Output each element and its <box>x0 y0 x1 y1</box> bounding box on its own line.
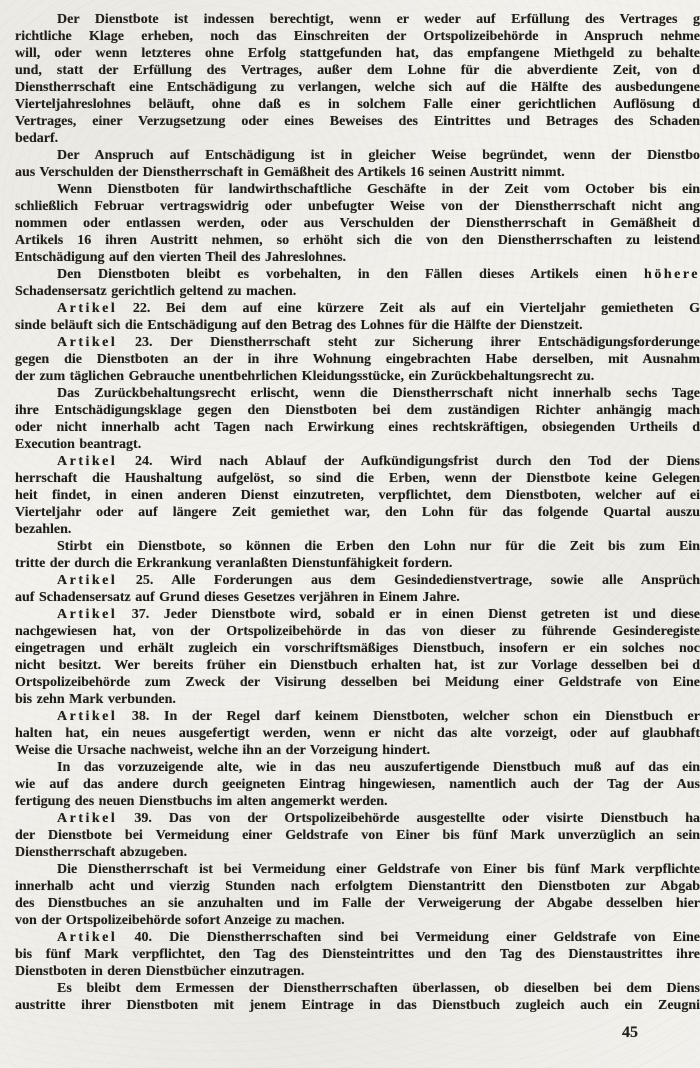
text-segment: auf Schadensersatz auf Grund dieses Gese… <box>15 590 460 605</box>
text-segment: tritte der durch die Erkrankung veranlaß… <box>15 556 452 571</box>
text-line: Den Dienstboten bleibt es vorbehalten, i… <box>15 266 700 283</box>
text-line: Vierteljahreslohnes beläuft, ohne daß es… <box>15 96 700 113</box>
text-segment: Ortspolizeibehörde zum Zweck der Visirun… <box>15 675 700 690</box>
text-line: Execution beantragt. <box>15 436 700 453</box>
text-segment: wie auf das andere durch geeigneten Eint… <box>15 777 700 792</box>
text-line: schließlich Februar vertragswidrig oder … <box>15 198 700 215</box>
text-segment: Artikels 16 ihren Austritt nehmen, so er… <box>15 233 700 248</box>
text-segment: 37. Jeder Dienstbote wird, sobald er in … <box>117 607 700 622</box>
text-segment: herrschaft die Haushaltung aufgelöst, so… <box>15 471 700 486</box>
text-segment: bis zehn Mark verbunden. <box>15 692 176 707</box>
text-segment: 23. Der Dienstherrschaft steht zur Siche… <box>117 335 700 350</box>
text-line: und, statt der Erfüllung des Vertrages, … <box>15 62 700 79</box>
text-line: In das vorzuzeigende alte, wie in das ne… <box>15 759 700 776</box>
text-segment: In das vorzuzeigende alte, wie in das ne… <box>57 760 700 775</box>
text-segment: gegen die Dienstboten an der in ihre Woh… <box>15 352 700 367</box>
letterspaced-text: Artikel <box>57 454 117 469</box>
letterspaced-text: Artikel <box>57 573 117 588</box>
text-segment: Execution beantragt. <box>15 437 141 452</box>
text-segment: Schadensersatz gerichtlich geltend zu ma… <box>15 284 296 299</box>
text-segment: Dienstherrschaft abzugeben. <box>15 845 187 860</box>
text-segment: Der Anspruch auf Entschädigung ist in gl… <box>57 148 700 163</box>
text-line: ihre Entschädigungsklage gegen den Diens… <box>15 402 700 419</box>
text-segment: Es bleibt dem Ermessen der Dienstherrsch… <box>57 981 700 996</box>
text-line: Dienstherrschaft abzugeben. <box>15 844 700 861</box>
text-line: des Dienstbuches an sie anzuhalten und i… <box>15 895 700 912</box>
text-line: Die Dienstherrschaft ist bei Vermeidung … <box>15 861 700 878</box>
text-line: halten hat, ein neues ausgefertigt werde… <box>15 725 700 742</box>
text-line: innerhalb acht und vierzig Stunden nach … <box>15 878 700 895</box>
letterspaced-text: Artikel <box>57 301 117 316</box>
text-line: der Dienstbote bei Vermeidung einer Geld… <box>15 827 700 844</box>
text-segment: 22. Bei dem auf eine kürzere Zeit als au… <box>117 301 700 316</box>
text-segment: will, oder wenn letzteres ohne Erfolg st… <box>15 46 700 61</box>
text-line: Vierteljahr oder auf längere Zeit gemiet… <box>15 504 700 521</box>
text-line: nommen oder entlassen werden, oder aus V… <box>15 215 700 232</box>
text-segment: richtliche Klage erheben, noch das Einsc… <box>15 29 700 44</box>
text-line: nicht besitzt. Wer bereits früher ein Di… <box>15 657 700 674</box>
text-line: Artikel 22. Bei dem auf eine kürzere Zei… <box>15 300 700 317</box>
text-line: Artikels 16 ihren Austritt nehmen, so er… <box>15 232 700 249</box>
text-segment: der zum täglichen Gebrauche unentbehrlic… <box>15 369 594 384</box>
letterspaced-text: Artikel <box>57 811 117 826</box>
text-line: Artikel 40. Die Dienstherrschaften sind … <box>15 929 700 946</box>
text-segment: nachgewiesen hat, von der Ortspolizeibeh… <box>15 624 700 639</box>
text-segment: Vierteljahr oder auf längere Zeit gemiet… <box>15 505 700 520</box>
text-line: Es bleibt dem Ermessen der Dienstherrsch… <box>15 980 700 997</box>
text-segment: 24. Wird nach Ablauf der Aufkündigungsfr… <box>117 454 700 469</box>
text-segment: schließlich Februar vertragswidrig oder … <box>15 199 700 214</box>
text-line: wie auf das andere durch geeigneten Eint… <box>15 776 700 793</box>
text-segment: Vierteljahreslohnes beläuft, ohne daß es… <box>15 97 700 112</box>
text-segment: Vertrages, einer Verzugsetzung oder eine… <box>15 114 700 129</box>
text-segment: ihre Entschädigungsklage gegen den Diens… <box>15 403 700 418</box>
text-line: Artikel 25. Alle Forderungen aus dem Ges… <box>15 572 700 589</box>
text-line: Vertrages, einer Verzugsetzung oder eine… <box>15 113 700 130</box>
text-segment: fertigung des neuen Dienstbuchs im alten… <box>15 794 388 809</box>
text-block: Der Dienstbote ist indessen berechtigt, … <box>15 11 700 1014</box>
letterspaced-text: höhere <box>644 267 700 282</box>
page-number: 45 <box>622 1024 638 1042</box>
text-segment: bezahlen. <box>15 522 71 537</box>
text-line: Schadensersatz gerichtlich geltend zu ma… <box>15 283 700 300</box>
text-segment: 38. In der Regel darf keinem Dienstboten… <box>117 709 700 724</box>
letterspaced-text: Artikel <box>57 335 117 350</box>
text-segment: 39. Das von der Ortspolizeibehörde ausge… <box>117 811 700 826</box>
text-line: Das Zurückbehaltungsrecht erlischt, wenn… <box>15 385 700 402</box>
text-segment: innerhalb acht und vierzig Stunden nach … <box>15 879 700 894</box>
text-line: Artikel 37. Jeder Dienstbote wird, sobal… <box>15 606 700 623</box>
text-segment: aus Verschulden der Dienstherrschaft in … <box>15 165 565 180</box>
text-segment: sinde beläuft sich die Entschädigung auf… <box>15 318 583 333</box>
text-segment: und, statt der Erfüllung des Vertrages, … <box>15 63 700 78</box>
text-line: Wenn Dienstboten für landwirthschaftlich… <box>15 181 700 198</box>
text-line: will, oder wenn letzteres ohne Erfolg st… <box>15 45 700 62</box>
text-line: Weise die Ursache nachweist, welche ihn … <box>15 742 700 759</box>
text-line: bezahlen. <box>15 521 700 538</box>
text-segment: des Dienstbuches an sie anzuhalten und i… <box>15 896 700 911</box>
text-segment: Den Dienstboten bleibt es vorbehalten, i… <box>57 267 644 282</box>
text-line: von der Ortspolizeibehörde sofort Anzeig… <box>15 912 700 929</box>
text-line: Artikel 38. In der Regel darf keinem Die… <box>15 708 700 725</box>
text-line: gegen die Dienstboten an der in ihre Woh… <box>15 351 700 368</box>
text-line: austritte ihrer Dienstboten mit jenem Ei… <box>15 997 700 1014</box>
text-line: Artikel 23. Der Dienstherrschaft steht z… <box>15 334 700 351</box>
text-line: fertigung des neuen Dienstbuchs im alten… <box>15 793 700 810</box>
text-line: Ortspolizeibehörde zum Zweck der Visirun… <box>15 674 700 691</box>
text-line: nachgewiesen hat, von der Ortspolizeibeh… <box>15 623 700 640</box>
text-line: oder nicht innerhalb acht Tagen nach Erw… <box>15 419 700 436</box>
text-segment: Das Zurückbehaltungsrecht erlischt, wenn… <box>57 386 700 401</box>
text-segment: nicht besitzt. Wer bereits früher ein Di… <box>15 658 700 673</box>
text-segment: von der Ortspolizeibehörde sofort Anzeig… <box>15 913 345 928</box>
text-segment: eingetragen und erhält zugleich ein vors… <box>15 641 700 656</box>
text-line: richtliche Klage erheben, noch das Einsc… <box>15 28 700 45</box>
text-segment: 40. Die Dienstherrschaften sind bei Verm… <box>117 930 700 945</box>
text-segment: heit findet, in einen anderen Dienst ein… <box>15 488 700 503</box>
letterspaced-text: Artikel <box>57 709 117 724</box>
text-line: heit findet, in einen anderen Dienst ein… <box>15 487 700 504</box>
text-line: aus Verschulden der Dienstherrschaft in … <box>15 164 700 181</box>
text-line: auf Schadensersatz auf Grund dieses Gese… <box>15 589 700 606</box>
text-segment: bis fünf Mark verpflichtet, den Tag des … <box>15 947 700 962</box>
text-segment: Der Dienstbote ist indessen berechtigt, … <box>57 12 700 27</box>
text-segment: halten hat, ein neues ausgefertigt werde… <box>15 726 700 741</box>
text-segment: der Dienstbote bei Vermeidung einer Geld… <box>15 828 700 843</box>
text-segment: Entschädigung auf den vierten Theil des … <box>15 250 346 265</box>
letterspaced-text: Artikel <box>57 607 117 622</box>
text-line: Dienstherrschaft eine Entschädigung zu v… <box>15 79 700 96</box>
text-segment: bedarf. <box>15 131 58 146</box>
text-segment: Dienstboten in deren Dienstbücher einzut… <box>15 964 304 979</box>
text-line: Der Anspruch auf Entschädigung ist in gl… <box>15 147 700 164</box>
text-line: tritte der durch die Erkrankung veranlaß… <box>15 555 700 572</box>
text-line: bis zehn Mark verbunden. <box>15 691 700 708</box>
document-page: Der Dienstbote ist indessen berechtigt, … <box>0 0 700 1068</box>
text-line: der zum täglichen Gebrauche unentbehrlic… <box>15 368 700 385</box>
text-line: bedarf. <box>15 130 700 147</box>
text-line: Entschädigung auf den vierten Theil des … <box>15 249 700 266</box>
text-line: bis fünf Mark verpflichtet, den Tag des … <box>15 946 700 963</box>
letterspaced-text: Artikel <box>57 930 117 945</box>
text-segment: Die Dienstherrschaft ist bei Vermeidung … <box>57 862 700 877</box>
text-segment: 25. Alle Forderungen aus dem Gesindedien… <box>117 573 700 588</box>
text-line: sinde beläuft sich die Entschädigung auf… <box>15 317 700 334</box>
text-segment: austritte ihrer Dienstboten mit jenem Ei… <box>15 998 700 1013</box>
text-line: Artikel 39. Das von der Ortspolizeibehör… <box>15 810 700 827</box>
text-line: Dienstboten in deren Dienstbücher einzut… <box>15 963 700 980</box>
text-segment: Stirbt ein Dienstbote, so können die Erb… <box>57 539 700 554</box>
text-segment: oder nicht innerhalb acht Tagen nach Erw… <box>15 420 700 435</box>
text-segment: nommen oder entlassen werden, oder aus V… <box>15 216 700 231</box>
text-segment: Weise die Ursache nachweist, welche ihn … <box>15 743 430 758</box>
text-line: Artikel 24. Wird nach Ablauf der Aufkünd… <box>15 453 700 470</box>
text-segment: Wenn Dienstboten für landwirthschaftlich… <box>57 182 700 197</box>
text-segment: Dienstherrschaft eine Entschädigung zu v… <box>15 80 700 95</box>
text-line: Stirbt ein Dienstbote, so können die Erb… <box>15 538 700 555</box>
text-line: herrschaft die Haushaltung aufgelöst, so… <box>15 470 700 487</box>
text-line: Der Dienstbote ist indessen berechtigt, … <box>15 11 700 28</box>
text-line: eingetragen und erhält zugleich ein vors… <box>15 640 700 657</box>
